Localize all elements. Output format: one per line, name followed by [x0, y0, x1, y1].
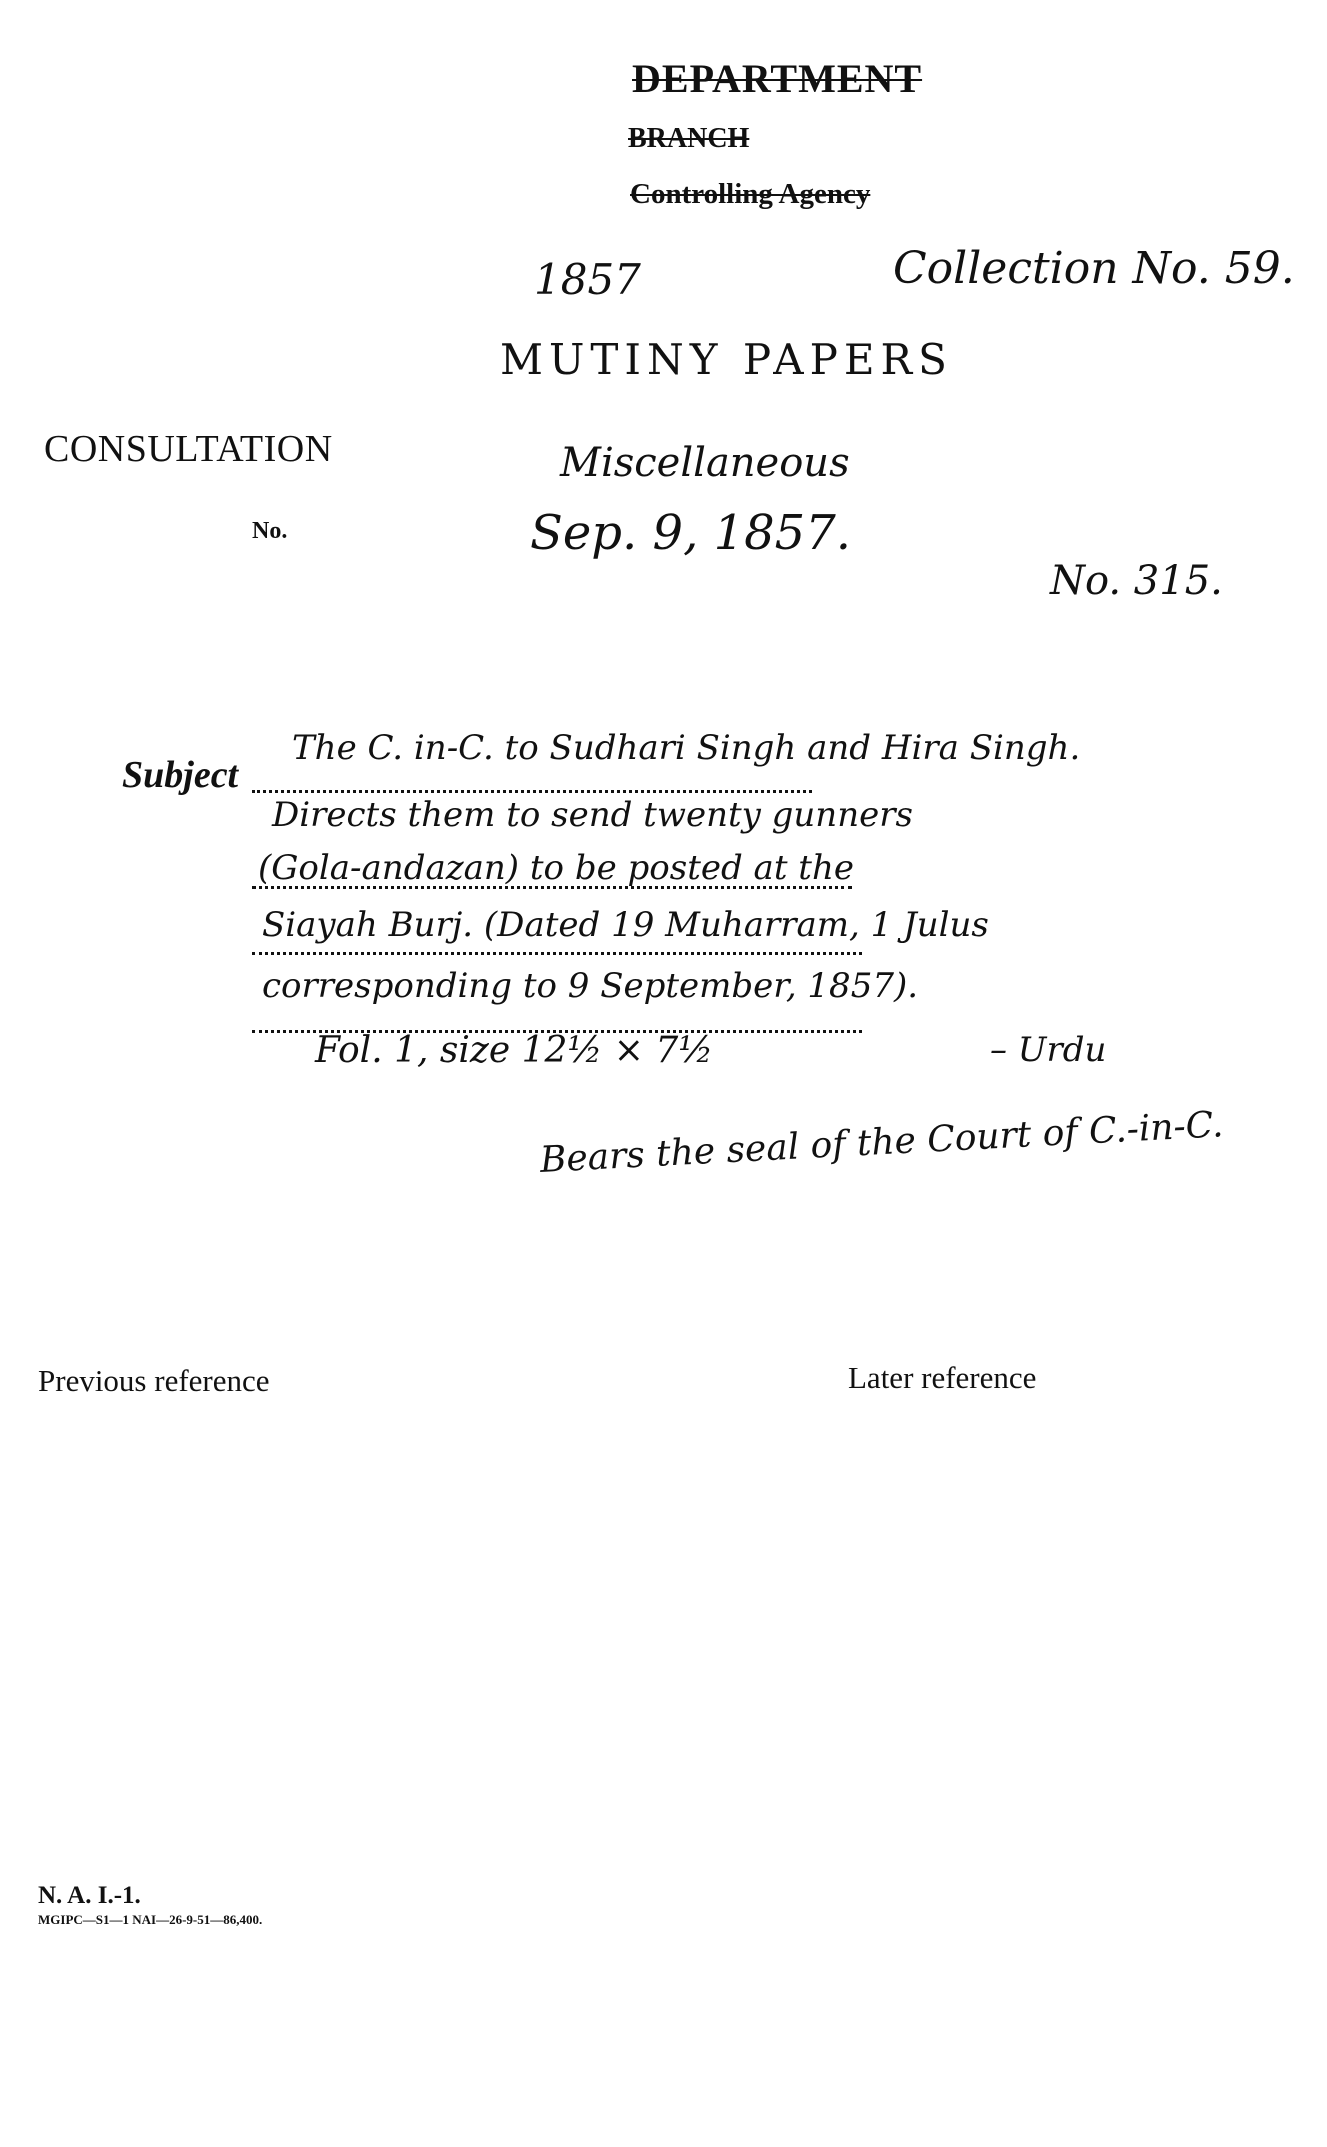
- folio-size: Fol. 1, size 12½ × 7½: [315, 1030, 713, 1071]
- controlling-agency-heading: Controlling Agency: [630, 178, 870, 211]
- subject-dotted-line-3: [252, 952, 862, 955]
- subject-line: Siayah Burj. (Dated 19 Muharram, 1 Julus: [262, 905, 989, 945]
- collection-number: Collection No. 59.: [893, 243, 1295, 294]
- later-reference-label: Later reference: [848, 1360, 1036, 1396]
- subject-label: Subject: [122, 753, 238, 797]
- previous-reference-label: Previous reference: [38, 1363, 270, 1399]
- subject-line: The C. in-C. to Sudhari Singh and Hira S…: [292, 728, 1080, 768]
- document-number: No. 315.: [1050, 558, 1223, 604]
- seal-note: Bears the seal of the Court of C.-in-C.: [539, 1104, 1224, 1181]
- subject-line: Directs them to send twenty gunners: [272, 795, 913, 835]
- print-info: MGIPC—S1—1 NAI—26-9-51—86,400.: [38, 1912, 262, 1928]
- subject-dotted-line-1: [252, 790, 812, 793]
- record-year: 1857: [534, 255, 641, 304]
- branch-heading: BRANCH: [628, 123, 749, 155]
- consultation-label: CONSULTATION: [44, 427, 333, 471]
- consultation-date: Sep. 9, 1857.: [530, 505, 851, 561]
- subject-line: (Gola-andazan) to be posted at the: [258, 848, 854, 888]
- language: – Urdu: [990, 1030, 1106, 1070]
- department-heading: DEPARTMENT: [632, 55, 922, 102]
- category-value: Miscellaneous: [560, 440, 850, 486]
- series-title: MUTINY PAPERS: [500, 335, 953, 384]
- form-id: N. A. I.-1.: [38, 1882, 141, 1910]
- consultation-no-label: No.: [252, 518, 287, 545]
- subject-line: corresponding to 9 September, 1857).: [262, 966, 918, 1006]
